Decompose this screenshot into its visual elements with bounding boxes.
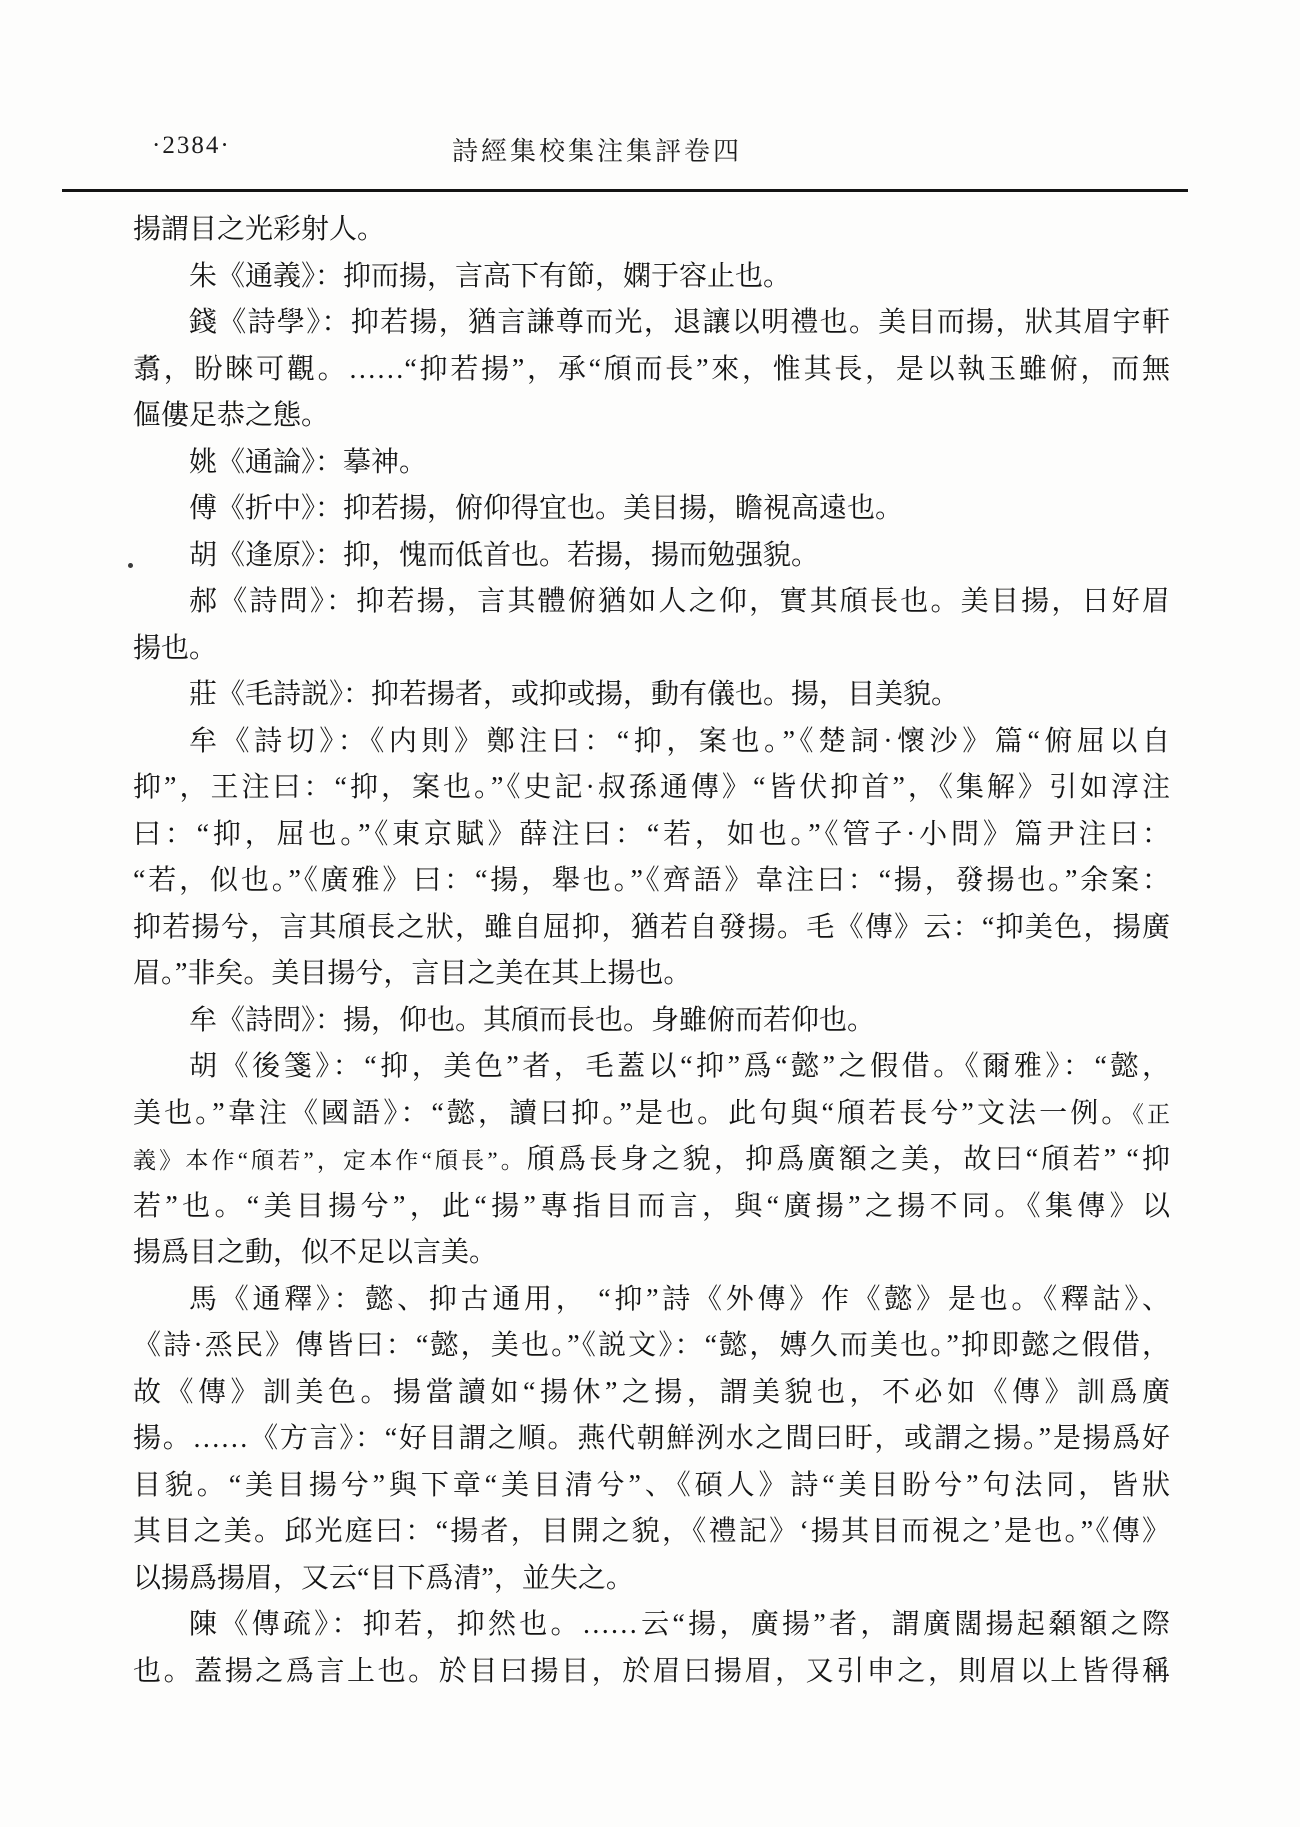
text-segment: 傴僂足恭之態。	[133, 400, 329, 431]
text-line: 也。蓋揚之爲言上也。於目曰揚目，於眉曰揚眉，又引申之，則眉以上皆得稱	[133, 1649, 1170, 1696]
text-segment: 美也。”韋注《國語》：“懿，讀曰抑。”是也。此句與“頎若長兮”文法一例。	[133, 1098, 1132, 1129]
text-segment: 曰：“抑，屈也。”《東京賦》薛注曰：“若，如也。”《管子·小問》篇尹注曰：	[133, 819, 1170, 850]
text-line: 若”也。“美目揚兮”，此“揚”專指目而言，與“廣揚”之揚不同。《集傳》以	[133, 1184, 1170, 1231]
text-segment: 《詩·烝民》傳皆曰：“懿，美也。”《説文》：“懿，嫥久而美也。”抑即懿之假借，	[133, 1330, 1170, 1361]
text-segment: 揚。……《方言》：“好目謂之順。燕代朝鮮洌水之間曰盱，或謂之揚。”是揚爲好	[133, 1423, 1170, 1454]
text-line: 目貌。“美目揚兮”與下章“美目清兮”、《碩人》詩“美目盼兮”句法同，皆狀	[133, 1463, 1170, 1510]
text-segment: 目貌。“美目揚兮”與下章“美目清兮”、《碩人》詩“美目盼兮”句法同，皆狀	[133, 1470, 1170, 1501]
text-segment: 其目之美。邱光庭曰：“揚者，目開之貌，《禮記》‘揚其目而視之’是也。”《傳》	[133, 1516, 1170, 1547]
text-line: 胡《逢原》：抑，愧而低首也。若揚，揚而勉强貌。	[133, 533, 1170, 580]
small-note-text: 義》本作“頎若”，定本作“頎長”。	[133, 1148, 527, 1173]
text-line: 《詩·烝民》傳皆曰：“懿，美也。”《説文》：“懿，嫥久而美也。”抑即懿之假借，	[133, 1323, 1170, 1370]
text-segment: 錢《詩學》：抑若揚，猶言謙尊而光，退讓以明禮也。美目而揚，狀其眉宇軒	[189, 307, 1170, 338]
text-line: 美也。”韋注《國語》：“懿，讀曰抑。”是也。此句與“頎若長兮”文法一例。《正	[133, 1091, 1170, 1138]
text-line: 莊《毛詩説》：抑若揚者，或抑或揚，動有儀也。揚，目美貌。	[133, 672, 1170, 719]
header-rule	[62, 189, 1188, 192]
text-line: 馬《通釋》：懿、抑古通用， “抑”詩《外傳》作《懿》是也。《釋詁》、	[133, 1277, 1170, 1324]
text-line: 揚。……《方言》：“好目謂之順。燕代朝鮮洌水之間曰盱，或謂之揚。”是揚爲好	[133, 1416, 1170, 1463]
text-segment: “若，似也。”《廣雅》曰：“揚，舉也。”《齊語》韋注曰：“揚，發揚也。”余案：	[133, 865, 1170, 896]
text-segment: 陳《傳疏》：抑若，抑然也。……云“揚，廣揚”者，謂廣闊揚起顙額之際	[189, 1609, 1170, 1640]
text-segment: 牟《詩切》：《内則》鄭注曰：“抑，案也。”《楚詞·懷沙》篇“俯屈以自	[189, 726, 1170, 757]
text-segment: 胡《後箋》：“抑，美色”者，毛蓋以“抑”爲“懿”之假借。《爾雅》：“懿，	[189, 1051, 1170, 1082]
text-segment: 姚《通論》：摹神。	[189, 447, 427, 478]
text-segment: 朱《通義》：抑而揚，言高下有節，嫻于容止也。	[189, 261, 791, 292]
text-segment: 馬《通釋》：懿、抑古通用， “抑”詩《外傳》作《懿》是也。《釋詁》、	[189, 1284, 1170, 1315]
text-line: 揚爲目之動，似不足以言美。	[133, 1230, 1170, 1277]
text-segment: 郝《詩問》：抑若揚，言其體俯猶如人之仰，實其頎長也。美目揚，日好眉	[189, 586, 1170, 617]
text-line: 郝《詩問》：抑若揚，言其體俯猶如人之仰，實其頎長也。美目揚，日好眉	[133, 579, 1170, 626]
scanned-book-page: ·2384· 詩經集校集注集評卷四 揚謂目之光彩射人。朱《通義》：抑而揚，言高下…	[0, 0, 1300, 1827]
small-note-text: 《正	[1132, 1102, 1170, 1127]
text-segment: 也。蓋揚之爲言上也。於目曰揚目，於眉曰揚眉，又引申之，則眉以上皆得稱	[133, 1656, 1170, 1687]
text-segment: 翥，盼睞可觀。……“抑若揚”，承“頎而長”來，惟其長，是以執玉雖俯，而無	[133, 354, 1170, 385]
text-segment: 胡《逢原》：抑，愧而低首也。若揚，揚而勉强貌。	[189, 540, 819, 571]
text-segment: 以揚爲揚眉，又云“目下爲清”，並失之。	[133, 1563, 634, 1594]
text-segment: 眉。”非矣。美目揚兮，言目之美在其上揚也。	[133, 958, 691, 989]
text-line: 傴僂足恭之態。	[133, 393, 1170, 440]
text-segment: 頎爲長身之貌，抑爲廣額之美，故曰“頎若” “抑	[527, 1144, 1170, 1175]
text-line: 以揚爲揚眉，又云“目下爲清”，並失之。	[133, 1556, 1170, 1603]
text-segment: 牟《詩問》：揚，仰也。其頎而長也。身雖俯而若仰也。	[189, 1005, 875, 1036]
text-line: 姚《通論》：摹神。	[133, 440, 1170, 487]
text-line: 眉。”非矣。美目揚兮，言目之美在其上揚也。	[133, 951, 1170, 998]
text-line: 牟《詩問》：揚，仰也。其頎而長也。身雖俯而若仰也。	[133, 998, 1170, 1045]
page-body: 揚謂目之光彩射人。朱《通義》：抑而揚，言高下有節，嫻于容止也。錢《詩學》：抑若揚…	[133, 207, 1170, 1695]
text-segment: 揚爲目之動，似不足以言美。	[133, 1237, 497, 1268]
text-line: 故《傳》訓美色。揚當讀如“揚休”之揚，謂美貌也，不必如《傳》訓爲廣	[133, 1370, 1170, 1417]
text-line: 胡《後箋》：“抑，美色”者，毛蓋以“抑”爲“懿”之假借。《爾雅》：“懿，	[133, 1044, 1170, 1091]
text-segment: 揚也。	[133, 633, 217, 664]
text-line: 翥，盼睞可觀。……“抑若揚”，承“頎而長”來，惟其長，是以執玉雖俯，而無	[133, 347, 1170, 394]
text-segment: 若”也。“美目揚兮”，此“揚”專指目而言，與“廣揚”之揚不同。《集傳》以	[133, 1191, 1170, 1222]
text-segment: 抑若揚兮，言其頎長之狀，雖自屈抑，猶若自發揚。毛《傳》云：“抑美色，揚廣	[133, 912, 1170, 943]
text-line: 揚也。	[133, 626, 1170, 673]
text-line: 抑若揚兮，言其頎長之狀，雖自屈抑，猶若自發揚。毛《傳》云：“抑美色，揚廣	[133, 905, 1170, 952]
text-line: 其目之美。邱光庭曰：“揚者，目開之貌，《禮記》‘揚其目而視之’是也。”《傳》	[133, 1509, 1170, 1556]
text-line: 抑”，王注曰：“抑，案也。”《史記·叔孫通傳》“皆伏抑首”，《集解》引如淳注	[133, 765, 1170, 812]
text-line: 揚謂目之光彩射人。	[133, 207, 1170, 254]
text-line: 傅《折中》：抑若揚，俯仰得宜也。美目揚，瞻視高遠也。	[133, 486, 1170, 533]
text-line: 錢《詩學》：抑若揚，猶言謙尊而光，退讓以明禮也。美目而揚，狀其眉宇軒	[133, 300, 1170, 347]
text-segment: 抑”，王注曰：“抑，案也。”《史記·叔孫通傳》“皆伏抑首”，《集解》引如淳注	[133, 772, 1170, 803]
text-segment: 傅《折中》：抑若揚，俯仰得宜也。美目揚，瞻視高遠也。	[189, 493, 903, 524]
text-segment: 揚謂目之光彩射人。	[133, 214, 385, 245]
text-line: 朱《通義》：抑而揚，言高下有節，嫻于容止也。	[133, 254, 1170, 301]
text-line: 曰：“抑，屈也。”《東京賦》薛注曰：“若，如也。”《管子·小問》篇尹注曰：	[133, 812, 1170, 859]
text-line: 義》本作“頎若”，定本作“頎長”。頎爲長身之貌，抑爲廣額之美，故曰“頎若” “抑	[133, 1137, 1170, 1184]
text-segment: 莊《毛詩説》：抑若揚者，或抑或揚，動有儀也。揚，目美貌。	[189, 679, 959, 710]
text-segment: 故《傳》訓美色。揚當讀如“揚休”之揚，謂美貌也，不必如《傳》訓爲廣	[133, 1377, 1170, 1408]
header-page-number: ·2384·	[152, 132, 231, 160]
text-line: 陳《傳疏》：抑若，抑然也。……云“揚，廣揚”者，謂廣闊揚起顙額之際	[133, 1602, 1170, 1649]
header-title: 詩經集校集注集評卷四	[452, 131, 742, 168]
text-line: 牟《詩切》：《内則》鄭注曰：“抑，案也。”《楚詞·懷沙》篇“俯屈以自	[133, 719, 1170, 766]
text-line: “若，似也。”《廣雅》曰：“揚，舉也。”《齊語》韋注曰：“揚，發揚也。”余案：	[133, 858, 1170, 905]
